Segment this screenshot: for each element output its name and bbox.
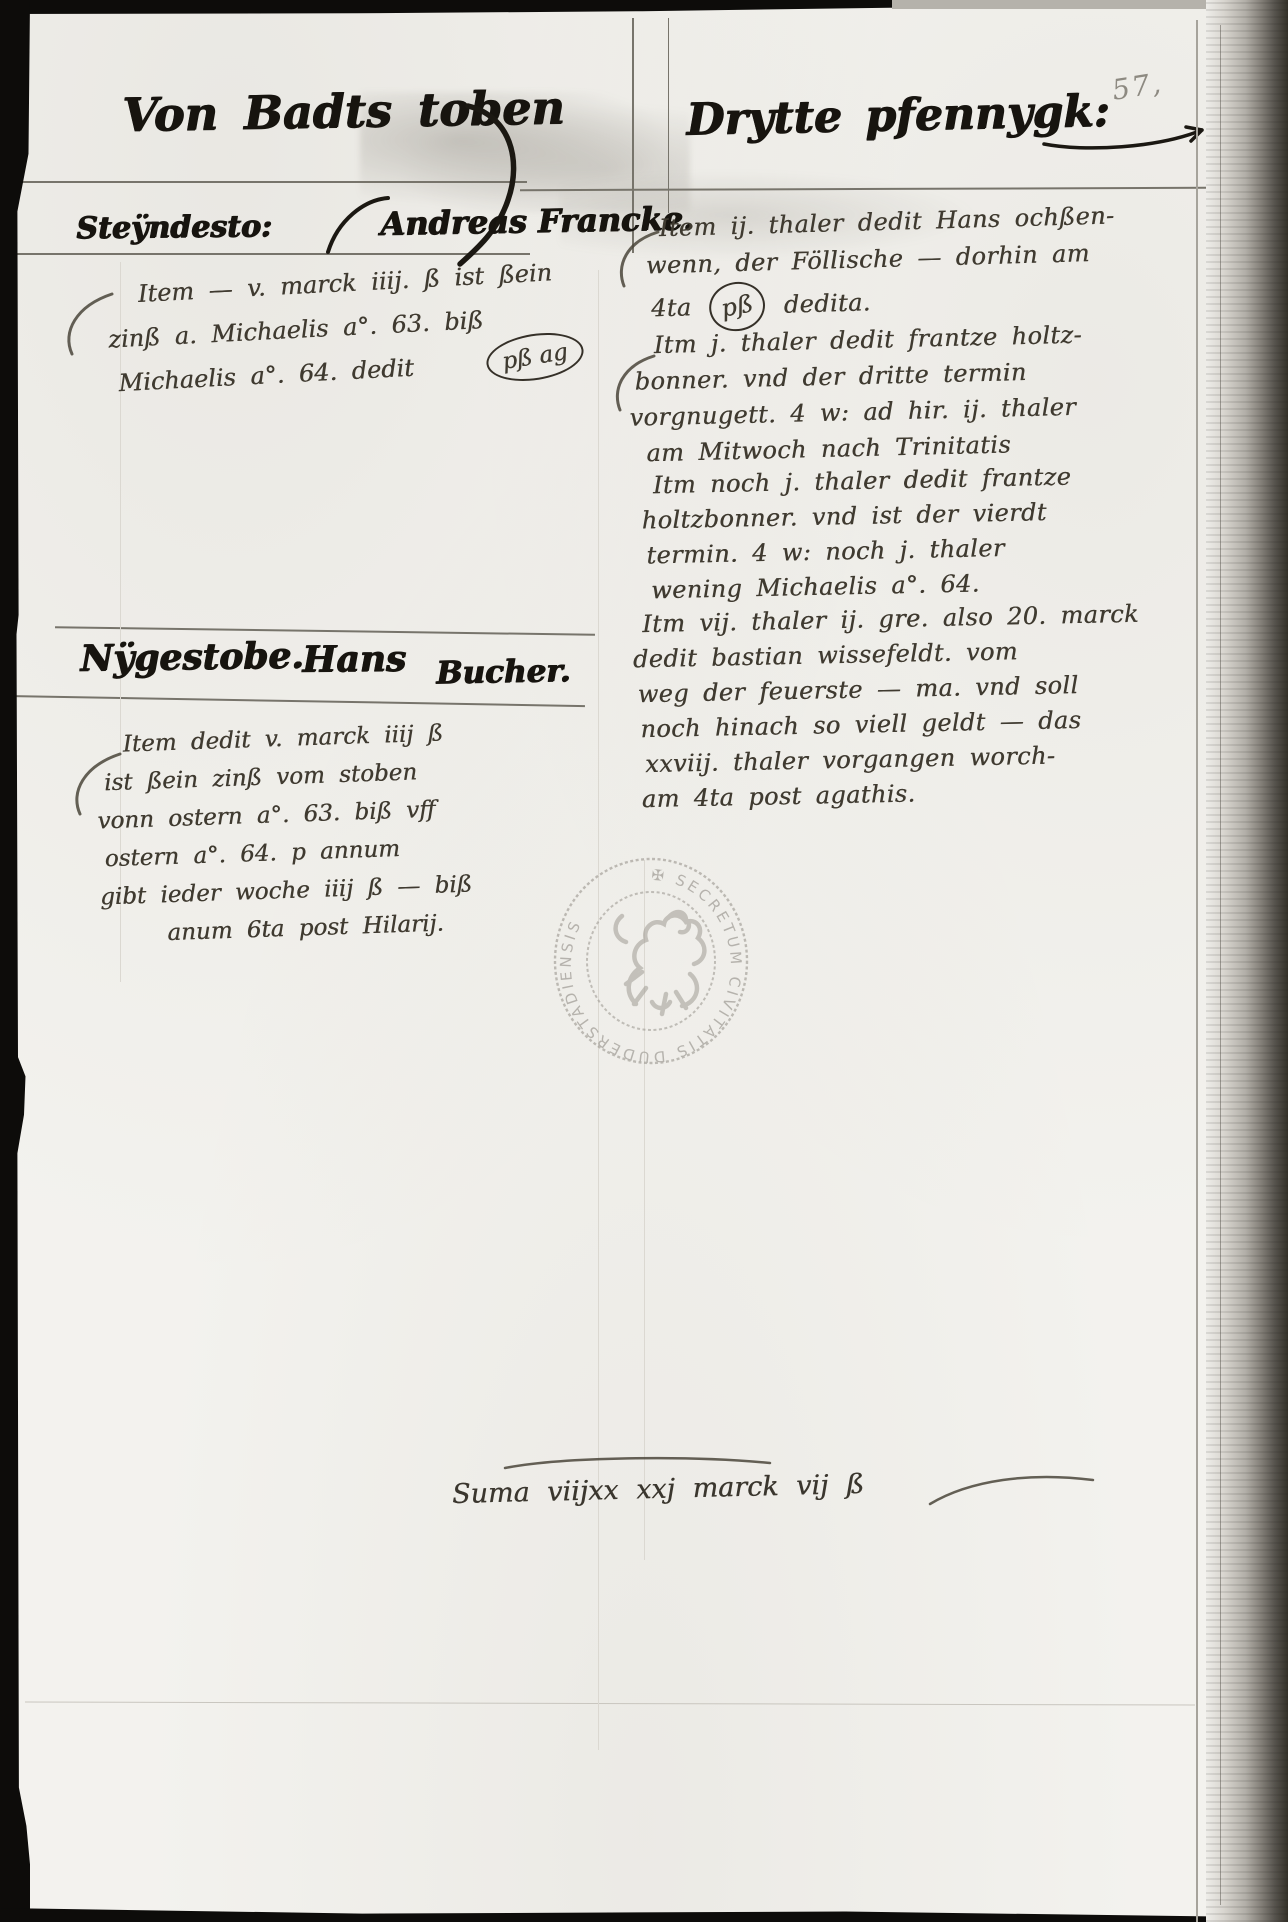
city-seal-stamp: ✠ SECRETUM CIVITATIS DUDERSTADIENSIS [548,852,754,1070]
pen-flourish [925,1462,1100,1512]
pen-flourish [502,1452,777,1474]
entry-paragraph: Itm vij. thaler ij. gre. also 20. marck … [636,597,1143,817]
section-person-surname: Bucher. [436,653,571,691]
section-person-name: Hans [302,638,406,681]
circled-text: pß ag [483,327,587,388]
svg-text:✠ SECRETUM CIVITATIS DUDERSTAD: ✠ SECRETUM CIVITATIS DUDERSTADIENSIS [557,866,746,1067]
fore-edge-texture [1206,0,1288,1922]
entry-paragraph: Item — v. marck iiij. ß ist ßein zinß a.… [105,250,558,405]
entry-line-fragment: 4ta [651,293,692,322]
entry-line-fragment: dedita. [783,288,871,318]
fore-edge-inner-line [1220,25,1221,1905]
section-place-label: Steÿndesto: [76,209,272,246]
scan-edge-top-right [892,0,1208,9]
seal-ring-text: ✠ SECRETUM CIVITATIS DUDERSTADIENSIS [557,866,746,1067]
page-edge-line [1196,20,1198,1922]
entry-paragraph: Itm j. thaler dedit frantze holtz- bonne… [641,317,1085,472]
entry-paragraph: Item ij. thaler dedit Hans ochßen- wenn,… [644,197,1117,333]
column-divider-line [668,18,669,213]
seal-lion-emblem [616,912,705,1014]
book-fore-edge [1206,0,1288,1922]
entry-paragraph: Itm noch j. thaler dedit frantze holtzbo… [645,460,1074,609]
entry-paragraph: Item dedit v. marck iiij ß ist ßein zinß… [96,714,474,955]
pen-flourish [1040,110,1215,158]
section-place-label: Nÿgestobe. [80,634,304,679]
circled-annotation: pß ag [486,334,584,380]
pen-flourish [448,98,540,273]
